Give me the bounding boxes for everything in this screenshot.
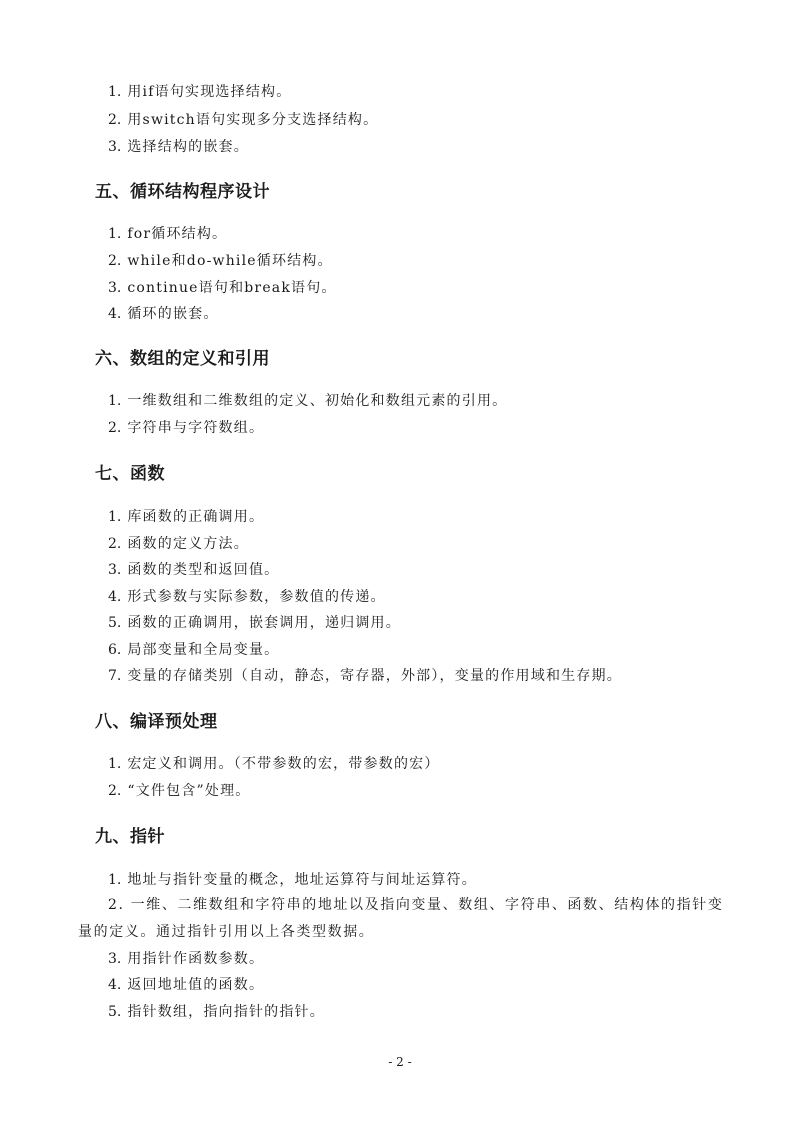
item-text: 变量的存储类别（自动，静态，寄存器，外部），变量的作用域和生存期。 (127, 668, 622, 684)
item-number: 2. (108, 112, 121, 128)
list-item: 1.库函数的正确调用。 (108, 507, 264, 527)
list-item: 2.while和do-while循环结构。 (108, 251, 333, 271)
section-heading: 九、指针 (95, 825, 165, 849)
item-text: 用switch语句实现多分支选择结构。 (127, 112, 378, 128)
list-item: 4.形式参数与实际参数，参数值的传递。 (108, 587, 386, 607)
list-item: 5.指针数组，指向指针的指针。 (108, 1002, 325, 1022)
item-text: 返回地址值的函数。 (127, 977, 264, 993)
item-number: 1. (108, 84, 121, 100)
section-heading: 八、编译预处理 (95, 710, 218, 734)
section-heading: 五、循环结构程序设计 (95, 180, 270, 204)
item-number: 2. (108, 897, 125, 913)
item-text: 选择结构的嵌套。 (127, 139, 249, 155)
list-item: 1.用if语句实现选择结构。 (108, 82, 291, 102)
list-item: 2.“文件包含”处理。 (108, 781, 250, 801)
item-number: 2. (108, 783, 121, 799)
list-item: 3.用指针作函数参数。 (108, 949, 264, 969)
item-text: 一维、二维数组和字符串的地址以及指向变量、数组、字符串、函数、结构体的指针变量的… (78, 897, 723, 940)
item-text: 函数的定义方法。 (127, 536, 249, 552)
item-number: 1. (108, 509, 121, 525)
list-item: 2.用switch语句实现多分支选择结构。 (108, 110, 378, 130)
item-text: 地址与指针变量的概念，地址运算符与间址运算符。 (127, 872, 477, 888)
list-item: 3.continue语句和break语句。 (108, 278, 337, 298)
item-number: 5. (108, 1004, 121, 1020)
item-number: 2. (108, 536, 121, 552)
page-number: - 2 - (0, 1055, 800, 1069)
list-item: 2.函数的定义方法。 (108, 534, 249, 554)
list-item: 1.地址与指针变量的概念，地址运算符与间址运算符。 (108, 870, 477, 890)
item-text: for循环结构。 (127, 226, 227, 242)
item-text: 循环的嵌套。 (127, 306, 218, 322)
list-item: 4.循环的嵌套。 (108, 304, 219, 324)
item-text: 指针数组，指向指针的指针。 (127, 1004, 325, 1020)
list-item: 4.返回地址值的函数。 (108, 975, 264, 995)
list-item: 6.局部变量和全局变量。 (108, 640, 279, 660)
item-text: 字符串与字符数组。 (127, 420, 264, 436)
item-number: 4. (108, 589, 121, 605)
list-item: 7.变量的存储类别（自动，静态，寄存器，外部），变量的作用域和生存期。 (108, 666, 622, 686)
item-text: 宏定义和调用。（不带参数的宏，带参数的宏） (127, 756, 439, 772)
list-item: 2.字符串与字符数组。 (108, 418, 264, 438)
item-text: “文件包含”处理。 (127, 783, 250, 799)
item-number: 5. (108, 615, 121, 631)
item-number: 3. (108, 139, 121, 155)
item-number: 7. (108, 668, 121, 684)
item-text: 局部变量和全局变量。 (127, 642, 279, 658)
item-text: 形式参数与实际参数，参数值的传递。 (127, 589, 385, 605)
section-heading: 七、函数 (95, 462, 165, 486)
item-number: 2. (108, 420, 121, 436)
document-page: 1.用if语句实现选择结构。 2.用switch语句实现多分支选择结构。 3.选… (0, 0, 800, 1131)
section-heading: 六、数组的定义和引用 (95, 347, 270, 371)
item-text: 函数的类型和返回值。 (127, 562, 279, 578)
list-item: 5.函数的正确调用，嵌套调用，递归调用。 (108, 613, 401, 633)
item-text: 库函数的正确调用。 (127, 509, 264, 525)
item-number: 1. (108, 872, 121, 888)
item-text: 函数的正确调用，嵌套调用，递归调用。 (127, 615, 401, 631)
item-text: 用if语句实现选择结构。 (127, 84, 291, 100)
list-item: 3.选择结构的嵌套。 (108, 137, 249, 157)
item-text: 用指针作函数参数。 (127, 951, 264, 967)
list-item: 1.for循环结构。 (108, 224, 227, 244)
item-text: while和do-while循环结构。 (127, 253, 332, 269)
item-number: 2. (108, 253, 121, 269)
item-text: 一维数组和二维数组的定义、初始化和数组元素的引用。 (127, 393, 507, 409)
item-text: continue语句和break语句。 (127, 280, 336, 296)
list-item: 3.函数的类型和返回值。 (108, 560, 279, 580)
item-number: 1. (108, 226, 121, 242)
list-item: 1.一维数组和二维数组的定义、初始化和数组元素的引用。 (108, 391, 507, 411)
list-item-wrapped: 2. 一维、二维数组和字符串的地址以及指向变量、数组、字符串、函数、结构体的指针… (78, 892, 728, 946)
item-number: 1. (108, 393, 121, 409)
item-number: 1. (108, 756, 121, 772)
item-number: 3. (108, 280, 121, 296)
list-item: 1.宏定义和调用。（不带参数的宏，带参数的宏） (108, 754, 440, 774)
item-number: 4. (108, 977, 121, 993)
item-number: 3. (108, 562, 121, 578)
item-number: 3. (108, 951, 121, 967)
item-number: 4. (108, 306, 121, 322)
item-number: 6. (108, 642, 121, 658)
